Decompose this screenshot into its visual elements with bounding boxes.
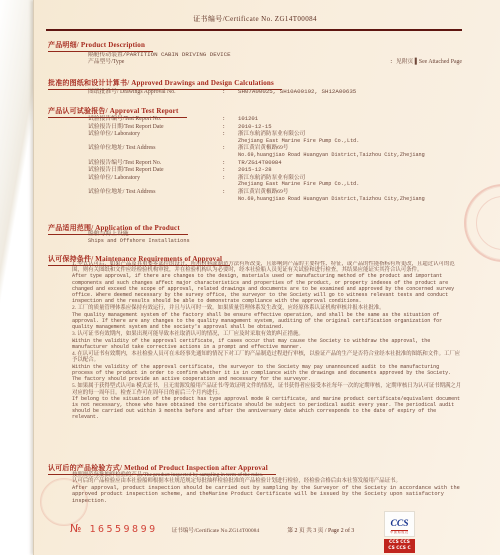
serial-number-prefix: № [70,522,81,535]
row-value-en: Zhejiang East Marine Fire Pump Co.,Ltd. [238,138,462,145]
approval-test-report-content: 试验报告编号/Test Report No. : 101201 试验报告日期/T… [48,116,462,202]
row-label: 试验单位/ Laboratory [88,131,222,144]
product-type-colon: : [390,58,393,65]
row-colon: : [222,189,238,202]
row-colon: : [222,116,238,123]
application-content: 船舶与海上设施 Ships and Offshore Installations [48,231,462,245]
drawings-approval-row: 图纸批准号/ Drawings Approval No. : SH07A0002… [88,89,462,96]
row-label: 试验报告日期/Test Report Date [88,124,222,131]
paragraph-en: The quality management system of the fac… [72,312,462,330]
inspection-en: After approval, product inspection shoul… [72,485,462,505]
drawings-approval-label: 图纸批准号/ Drawings Approval No. [88,89,222,96]
ccs-seal-line2: CS CCS C [384,546,415,552]
paragraph-cn: 4. 在认可证书有效期内，本社检验人员可在未经事先通知的情况下对工厂的产品制造过… [72,351,462,363]
test-report-row: 试验单位/ Laboratory : 浙江东航消防泵业有限公司 Zhejiang… [88,131,462,144]
row-value-en: No.69,huangjiao Road Huangyan District,T… [238,152,453,159]
row-colon: : [222,160,238,167]
row-label: 试验报告日期/Test Report Date [88,167,222,174]
application-cn: 船舶与海上设施 [88,231,462,238]
maintenance-paragraph: 4. 在认可证书有效期内，本社检验人员可在未经事先通知的情况下对工厂的产品制造过… [72,351,462,382]
row-colon: : [222,124,238,131]
test-report-row: 试验报告日期/Test Report Date : 2015-12-28 [88,167,462,174]
section-product-description: 产品明细/ Product Description [48,35,462,52]
row-colon: : [222,145,238,158]
test-report-row: 试验报告编号/Test Report No. : 101201 [88,116,462,123]
row-label: 试验报告编号/Test Report No. [88,160,222,167]
row-label: 试验单位地址/ Test Address [88,189,222,202]
drawings-approval-colon: : [222,89,238,96]
paragraph-en: Within the validity of the approval cert… [72,364,462,382]
paragraph-en: If belong to the situation of the produc… [72,396,462,420]
product-type-value: 见附页 ▌See Attached Page [396,59,462,65]
row-label: 试验单位地址/ Test Address [88,145,222,158]
footer-certificate-number: 证书编号/Certificate No.ZG14T00084 [172,526,260,534]
application-en: Ships and Offshore Installations [88,238,462,245]
maintenance-paragraph: 3. 认可证书有效期内，如果出现可能导致本社取消认可的情况，工厂应及时采取有效的… [72,331,462,349]
ccs-logo: CCS 中国船级社 CCS CCS CS CCS C [384,511,415,553]
paragraph-en: Within the validity of the approval cert… [72,338,462,350]
row-value: 2010-12-15 [238,123,272,130]
footer: № 16559899 证书编号/Certificate No.ZG14T0008… [70,522,400,535]
maintenance-content: 1. 型式认可后，如果产品及其重要零部件的设计、所用材料或制造方法有所改变，且影… [48,261,462,455]
document-page: 证书编号/Certificate No. ZG14T00084 产品明细/ Pr… [0,0,500,555]
row-value: 浙江东航消防泵业有限公司 [238,131,462,138]
maintenance-paragraph: 1. 型式认可后，如果产品及其重要零部件的设计、所用材料或制造方法有所改变，且影… [72,261,462,304]
footer-page-number: 第 2 页 共 3 页 / Page 2 of 3 [287,525,354,534]
row-value: 浙江黄岩黄椒路69号 [238,145,462,152]
row-label: 试验单位/ Laboratory [88,175,222,188]
product-description-content: 隔舱传动装置/PARTITION CABIN DRIVING DEVICE 产品… [48,51,462,66]
row-value: TR/ZG14T00084 [238,159,282,166]
row-value-en: No.69,huangjiao Road Huangyan District,T… [238,196,453,203]
paragraph-cn: 1. 型式认可后，如果产品及其重要零部件的设计、所用材料或制造方法有所改变，且影… [72,261,462,273]
serial-number: 16559899 [89,524,157,535]
header-divider [46,29,462,31]
test-report-row: 试验单位地址/ Test Address : 浙江黄岩黄椒路69号 No.69,… [88,145,462,158]
row-value: 2015-12-28 [238,166,272,173]
row-colon: : [222,175,238,188]
product-type-label: 产品型号/Type [88,59,222,66]
row-value-en: Zhejiang East Marine Fire Pump Co.,Ltd. [238,181,462,188]
certificate-number-header: 证书编号/Certificate No. ZG14T00084 [48,14,462,24]
row-value: 浙江黄岩黄椒路69号 [238,189,462,196]
row-colon: : [222,131,238,144]
maintenance-paragraph: 2. 工厂的质量管理体系应保持有效运行，并且与认可时一致。如果质量管理体系发生改… [72,305,462,329]
row-value: 浙江东航消防泵业有限公司 [238,175,462,182]
test-report-row: 试验单位/ Laboratory : 浙江东航消防泵业有限公司 Zhejiang… [88,175,462,188]
drawings-approval-value: SH07A00025, SH10A00192, SH12A00635 [238,89,462,96]
approved-drawings-content: 图纸批准号/ Drawings Approval No. : SH07A0002… [48,89,462,96]
test-report-row: 试验报告日期/Test Report Date : 2010-12-15 [88,124,462,131]
paragraph-en: After type approval, if there are change… [72,273,462,303]
test-report-row: 试验单位地址/ Test Address : 浙江黄岩黄椒路69号 No.69,… [88,189,462,202]
ccs-logo-subtext: 中国船级社 [385,531,414,534]
inspection-method-content: 按照规范每批抽样检验的产品/The product inspected by s… [48,472,462,505]
product-type-value-wrap: : 见附页 ▌See Attached Page [222,59,462,66]
product-name: 隔舱传动装置/PARTITION CABIN DRIVING DEVICE [88,51,462,58]
paragraph-cn: 5. 如果属于获得型式认可B 模式证书，且无需源发船用产品证书/等效证明文件的情… [72,383,462,395]
maintenance-paragraph: 5. 如果属于获得型式认可B 模式证书，且无需源发船用产品证书/等效证明文件的情… [72,383,462,420]
ccs-logo-top: CCS 中国船级社 [384,511,415,537]
ccs-logo-seal: CCS CCS CS CCS C [384,539,415,553]
row-value: 101201 [238,115,258,122]
test-report-row: 试验报告编号/Test Report No. : TR/ZG14T00084 [88,160,462,167]
row-colon: : [222,167,238,174]
row-label: 试验报告编号/Test Report No. [88,116,222,123]
product-type-row: 产品型号/Type : 见附页 ▌See Attached Page [88,59,462,66]
